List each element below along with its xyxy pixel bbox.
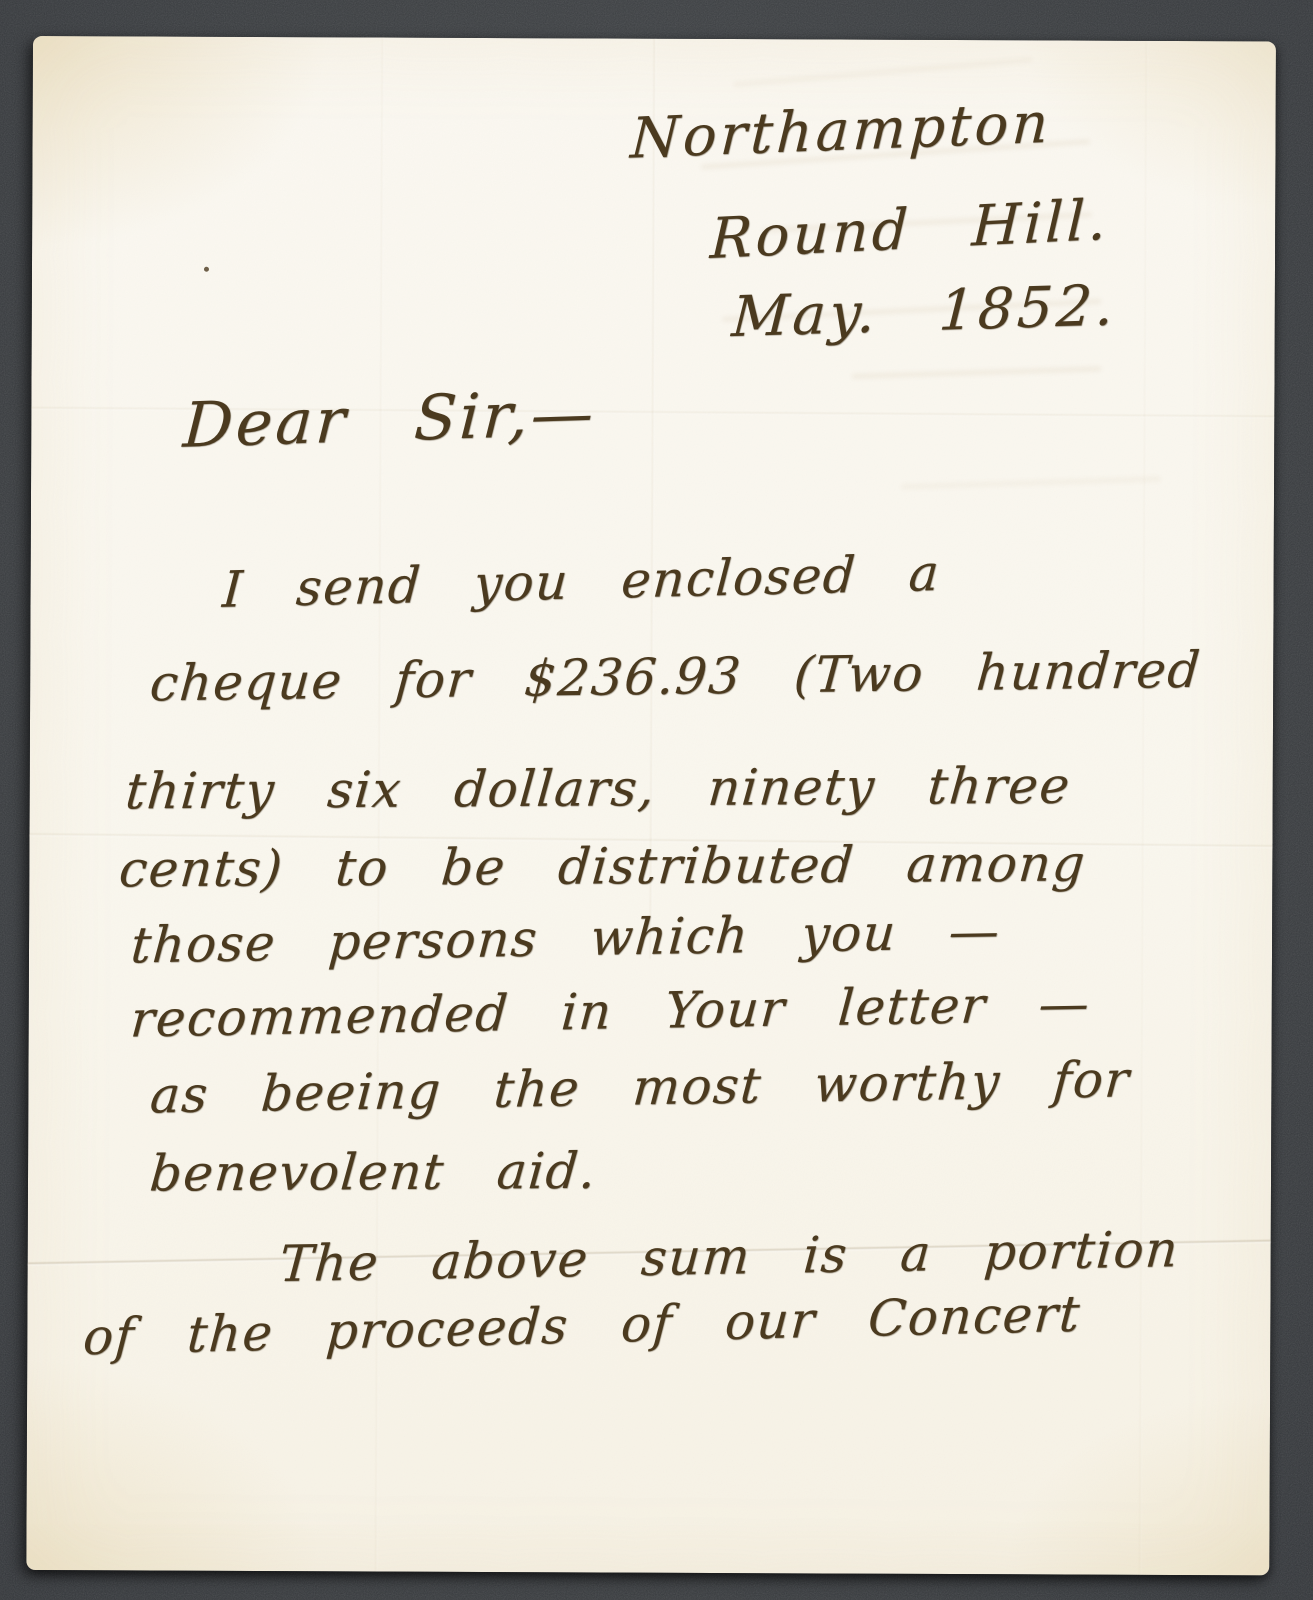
body-line: recommended in Your letter — xyxy=(129,974,1093,1048)
heading-date-line: May. 1852. xyxy=(730,273,1119,350)
body-line: cheque for $236.93 (Two hundred xyxy=(148,641,1203,713)
bleedthrough-mark xyxy=(733,57,1032,87)
body-line: benevolent aid. xyxy=(148,1142,599,1203)
bleedthrough-mark xyxy=(901,476,1161,489)
body-line: cents) to be distributed among xyxy=(117,834,1088,898)
salutation-line: Dear Sir,— xyxy=(181,376,598,462)
letter-paper: Northampton Round Hill. May. 1852. Dear … xyxy=(26,36,1276,1575)
body-line: as beeing the most worthy for xyxy=(148,1050,1132,1124)
body-line: I send you enclosed a xyxy=(221,544,942,619)
fold-crease-vertical-center xyxy=(649,39,657,959)
body-line: The above sum is a portion xyxy=(278,1220,1181,1293)
bleedthrough-mark xyxy=(852,366,1102,379)
heading-house-line: Round Hill. xyxy=(709,188,1111,272)
heading-place-line: Northampton xyxy=(629,91,1053,172)
body-line: thirty six dollars, ninety three xyxy=(123,757,1073,821)
photo-backdrop: Northampton Round Hill. May. 1852. Dear … xyxy=(0,0,1313,1600)
body-line: those persons which you — xyxy=(129,902,1003,974)
body-line: of the proceeds of our Concert xyxy=(81,1285,1082,1367)
fold-crease-vertical-right xyxy=(1138,41,1149,1575)
ink-speck xyxy=(204,267,209,272)
